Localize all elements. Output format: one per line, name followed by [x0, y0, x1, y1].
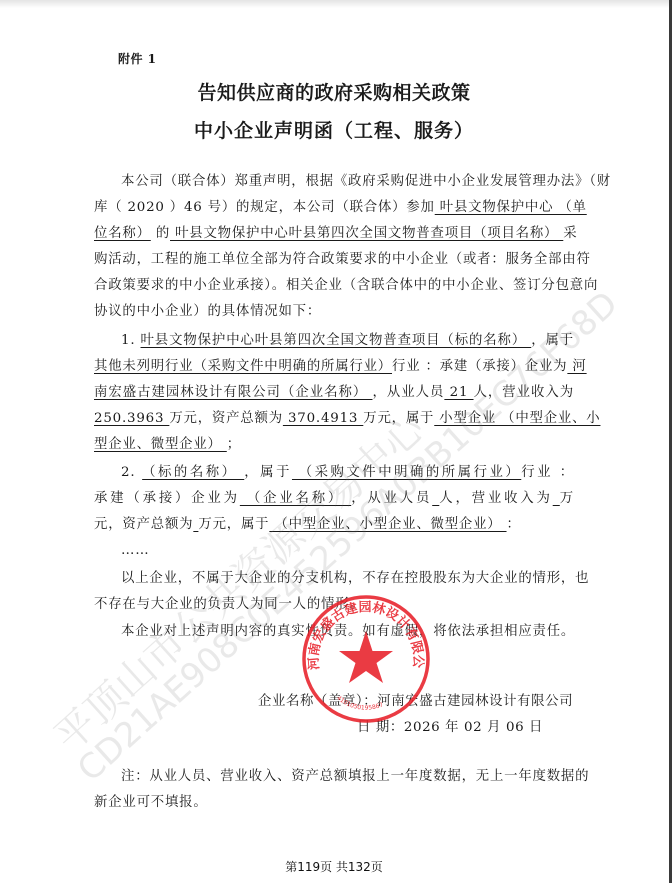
closing-line-1: 以上企业，不属于大企业的分支机构，不存在控股股东为大企业的情形，也	[94, 569, 574, 589]
item1-line-5: 型企业、微型企业） ；	[94, 435, 574, 455]
item1-employees: 21	[444, 385, 473, 400]
item1-line-2: 其他未列明行业（采购文件中明确的所属行业）行业 ：承建（承接）企业为 河	[94, 357, 574, 377]
date-label: 日 期：	[357, 720, 404, 735]
intro-line-4: 购活动，工程的施工单位全部为符合政策要求的中小企业（或者：服务全部由符	[94, 250, 574, 270]
item1-assets: 370.4913	[283, 411, 363, 426]
item1-line-1: 1. 叶县文物保护中心叶县第四次全国文物普查项目（标的名称） ，属于	[94, 331, 574, 351]
note-line-1: 注：从业人员、营业收入、资产总额填报上一年度数据，无上一年度数据的	[94, 767, 574, 787]
document-title: 告知供应商的政府采购相关政策	[0, 78, 668, 105]
item1-enterprise-type: 小型企业 （中型企业、小	[434, 411, 600, 426]
ellipsis: ……	[94, 541, 574, 561]
item1-industry: 其他未列明行业（采购文件中明确的所属行业）	[94, 359, 392, 374]
intro-line-3: 位名称） 的 叶县文物保护中心叶县第四次全国文物普查项目（项目名称） 采	[94, 224, 574, 244]
company-label: 企业名称（盖章）：	[258, 694, 377, 709]
intro-line-5: 合政策要求的中小企业承接）。相关企业（含联合体中的中小企业、签订分包意向	[94, 276, 574, 296]
item1-enterprise-name: 南宏盛古建园林设计有限公司（企业名称）	[94, 385, 372, 400]
item1-bid-name: 叶县文物保护中心叶县第四次全国文物普查项目（标的名称）	[141, 333, 532, 348]
page-number: 第119页 共132页	[0, 858, 668, 875]
intro-line-1: 本公司（联合体）郑重声明，根据《政府采购促进中小企业发展管理办法》（财	[94, 172, 574, 192]
date-value: 2026 年 02 月 06 日	[404, 720, 543, 735]
project-name-field: 叶县文物保护中心叶县第四次全国文物普查项目（项目名称）	[170, 226, 563, 241]
purchaser-unit-field: 叶县文物保护中心 （单	[435, 200, 587, 215]
attachment-label: 附件 1	[118, 50, 157, 67]
document-subtitle: 中小企业声明函（工程、服务）	[0, 116, 668, 143]
document-page: 附件 1 告知供应商的政府采购相关政策 中小企业声明函（工程、服务） 本公司（联…	[0, 0, 668, 883]
closing-line-3: 本企业对上述声明内容的真实性负责。如有虚假，将依法承担相应责任。	[94, 622, 574, 642]
signature-company: 企业名称（盖章）：河南宏盛古建园林设计有限公司	[258, 690, 573, 709]
item2-line-1: 2. （标的名称） ，属于 （采购文件中明确的所属行业）行业 ：	[94, 463, 574, 483]
signature-date: 日 期：2026 年 02 月 06 日	[357, 716, 543, 735]
closing-line-2: 不存在与大企业的负责人为同一人的情形。	[94, 595, 574, 615]
note-line-2: 新企业可不填报。	[94, 793, 574, 813]
intro-line-6: 协议的中小企业）的具体情况如下：	[94, 302, 574, 322]
intro-line-2: 库（ 2020 ）46 号）的规定，本公司（联合体）参加 叶县文物保护中心 （单	[94, 198, 574, 218]
item2-line-3: 元，资产总额为 万元，属于 （中型企业、小型企业、微型企业） ：	[94, 515, 574, 535]
company-name: 河南宏盛古建园林设计有限公司	[377, 694, 573, 709]
item1-line-3: 南宏盛古建园林设计有限公司（企业名称） ，从业人员 21 人，营业收入为	[94, 383, 574, 403]
item1-line-4: 250.3963 万元，资产总额为 370.4913 万元，属于 小型企业 （中…	[94, 409, 574, 429]
item2-line-2: 承建（承接）企业为 （企业名称） ，从业人员 人，营业收入为 万	[94, 489, 574, 509]
item1-revenue: 250.3963	[94, 411, 169, 426]
